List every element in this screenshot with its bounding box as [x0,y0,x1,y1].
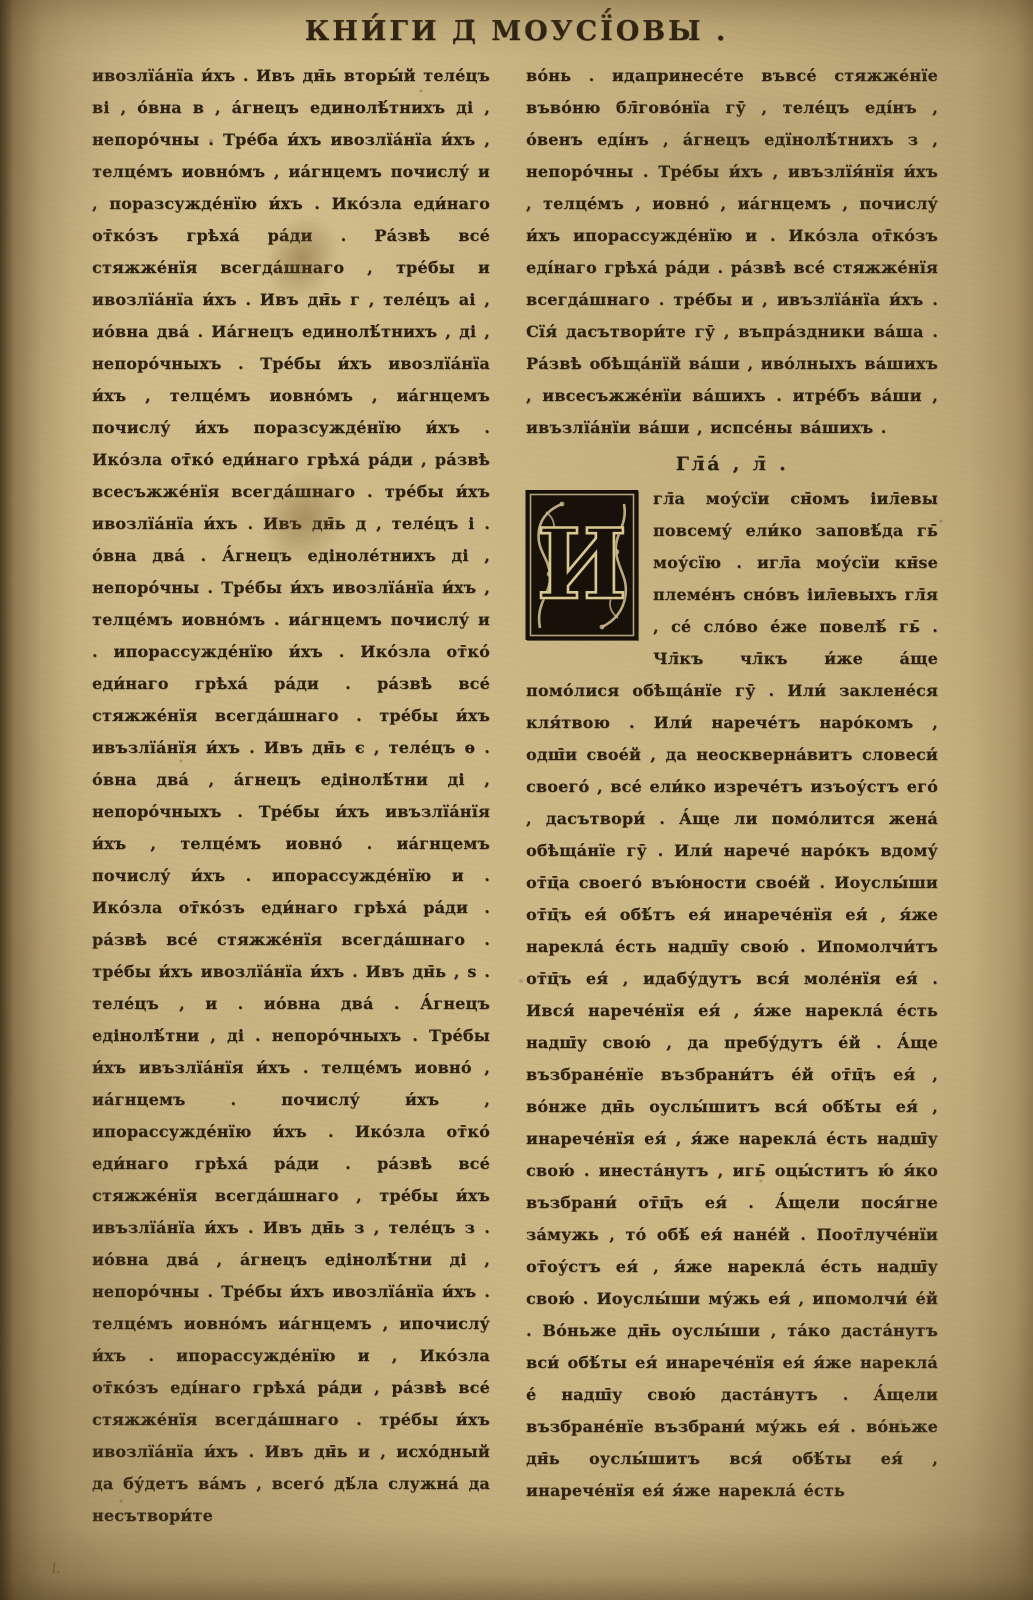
foxing-specks [0,0,2,2]
left-column-paragraph: ивозлїа́нїа и́хъ . Ивъ дн̄ь вторы́й теле… [92,60,490,1532]
ch30-body-text: гл̄а моу́сїи сн̄омъ іил̄евы повсему́ ели… [526,489,938,1500]
right-column-paragraph-ch29: во́нь . идапринесе́те въвсе́ стяжже́нїе … [526,60,938,444]
ornate-initial-woodcut: И [526,490,638,640]
folio-mark: l. [51,1562,60,1578]
right-text-column: во́нь . идапринесе́те въвсе́ стяжже́нїе … [526,60,938,1507]
left-text-column: ивозлїа́нїа и́хъ . Ивъ дн̄ь вторы́й теле… [92,60,490,1532]
chapter-heading: Гл̄а́ , л̄ . [526,448,938,480]
running-title: КНИ́ГИ Д̄ МОУСЇ́ОВЫ . [0,16,1033,47]
scanned-book-page: КНИ́ГИ Д̄ МОУСЇ́ОВЫ . ивозлїа́нїа и́хъ .… [0,0,1033,1600]
initial-letter-glyph: И [537,508,628,621]
ornate-initial-art: И [526,490,638,640]
right-column-paragraph-ch30: И гл̄а моу́сїи сн̄омъ іил̄евы повсему́ е… [526,483,938,1507]
